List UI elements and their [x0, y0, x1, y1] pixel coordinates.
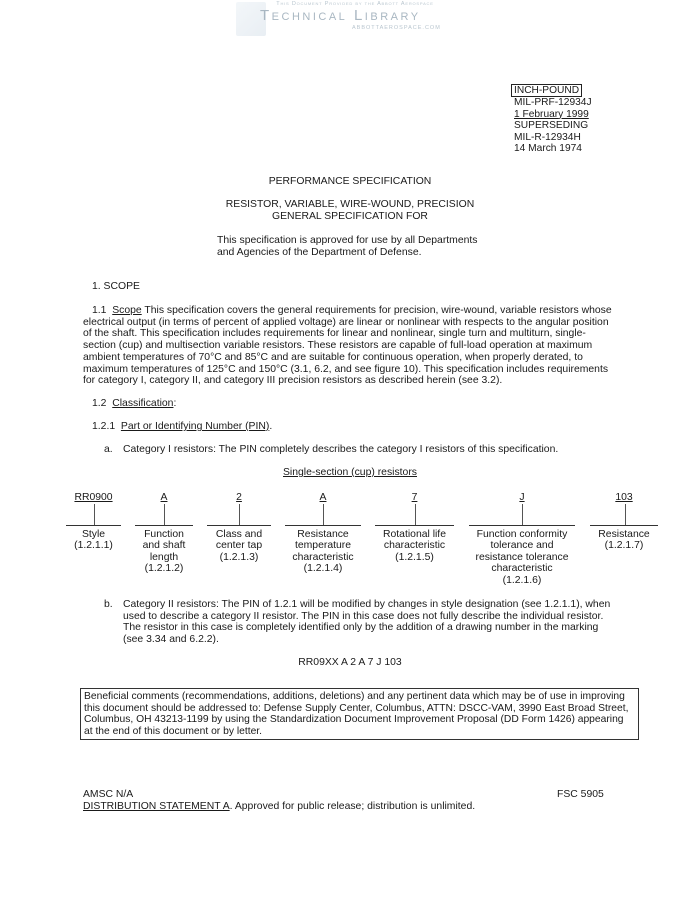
pin-suffix: .: [269, 421, 272, 432]
approval-line1: This specification is approved for use b…: [217, 235, 477, 247]
section-heading-scope: 1. SCOPE: [92, 281, 140, 292]
pin-field-code: 103: [590, 492, 658, 503]
scope-line: maximum temperatures of 125°C and 150°C …: [83, 364, 623, 376]
watermark-url: ABBOTTAEROSPACE.COM: [352, 25, 441, 31]
watermark: This Document Provided by the Abbott Aer…: [232, 0, 482, 38]
pin-field-description-line: Resistance: [570, 529, 678, 540]
classification-number: 1.2: [92, 398, 106, 409]
pin-field-description-line: (1.2.1.4): [265, 563, 381, 574]
watermark-title: Technical Library: [260, 7, 421, 24]
pin-field: AResistancetemperaturecharacteristic(1.2…: [285, 492, 361, 592]
spec-type: PERFORMANCE SPECIFICATION: [0, 176, 700, 187]
scope-text-first: This specification covers the general re…: [142, 305, 612, 316]
pin-field-code: 2: [207, 492, 271, 503]
pin-field-description-line: characteristic: [449, 563, 595, 574]
pin-field-connector: [94, 504, 95, 525]
comments-line: Columbus, OH 43213-1199 by using the Sta…: [84, 714, 635, 726]
fsc-label: FSC 5905: [557, 789, 604, 800]
pin-field-code: J: [469, 492, 575, 503]
pin-field-rule: [135, 525, 193, 526]
document-header: INCH-POUND MIL-PRF-12934J 1 February 199…: [514, 84, 592, 155]
scope-number: 1.1: [92, 305, 106, 316]
pin-field-code: 7: [375, 492, 454, 503]
scope-paragraph: 1.1 Scope This specification covers the …: [83, 305, 623, 387]
category-2-example-pin: RR09XX A 2 A 7 J 103: [0, 657, 700, 668]
pin-field-description-line: resistance tolerance: [449, 552, 595, 563]
pin-field: JFunction conformitytolerance andresista…: [469, 492, 575, 592]
pin-field-connector: [625, 504, 626, 525]
pin-field-rule: [66, 525, 121, 526]
category-2-marker: b.: [104, 599, 113, 610]
pin-field-rule: [285, 525, 361, 526]
classification-suffix: :: [173, 398, 176, 409]
category-2-line: (see 3.34 and 6.2.2).: [123, 634, 610, 646]
pin-field-rule: [469, 525, 575, 526]
pin-field-connector: [522, 504, 523, 525]
spec-title-line1: RESISTOR, VARIABLE, WIRE-WOUND, PRECISIO…: [0, 199, 700, 210]
category-2-text: Category II resistors: The PIN of 1.2.1 …: [123, 599, 610, 646]
spec-title-line2: GENERAL SPECIFICATION FOR: [0, 211, 700, 222]
pin-field-code: RR0900: [66, 492, 121, 503]
approval-statement: This specification is approved for use b…: [217, 235, 477, 258]
classification-title: Classification: [112, 398, 173, 409]
pin-field-connector: [415, 504, 416, 525]
comments-box: Beneficial comments (recommendations, ad…: [80, 688, 639, 740]
pin-field-description-line: (1.2.1.2): [115, 563, 213, 574]
pin-field-connector: [323, 504, 324, 525]
scope-line: of the shaft. This specification include…: [83, 328, 623, 340]
scope-line: ambient temperatures of 70°C and 85°C an…: [83, 352, 623, 364]
comments-line: Beneficial comments (recommendations, ad…: [84, 691, 635, 703]
pin-field-rule: [207, 525, 271, 526]
pin-field-code: A: [285, 492, 361, 503]
category-2-line: used to describe a category II resistor.…: [123, 611, 610, 623]
scope-title: Scope: [112, 305, 141, 316]
pin-field-rule: [375, 525, 454, 526]
pin-heading: 1.2.1 Part or Identifying Number (PIN).: [92, 421, 272, 432]
pin-field: AFunctionand shaftlength(1.2.1.2): [135, 492, 193, 592]
category-2-line: Category II resistors: The PIN of 1.2.1 …: [123, 599, 610, 611]
comments-line: this document should be addressed to: De…: [84, 703, 635, 715]
pin-field: RR0900Style(1.2.1.1): [66, 492, 121, 592]
distribution-statement: DISTRIBUTION STATEMENT A. Approved for p…: [83, 801, 475, 812]
comments-line: at the end of this document or by letter…: [84, 726, 635, 738]
scope-line: section (cup) and multisection variable …: [83, 340, 623, 352]
superseding-label: SUPERSEDING: [514, 120, 592, 132]
doc-date: 1 February 1999: [514, 109, 592, 121]
pin-field: 103Resistance(1.2.1.7): [590, 492, 658, 592]
pin-title: Part or Identifying Number (PIN): [121, 421, 269, 432]
category-2-line: The resistor in this case is completely …: [123, 622, 610, 634]
pin-number: 1.2.1: [92, 421, 115, 432]
distribution-text: . Approved for public release; distribut…: [230, 801, 475, 812]
pin-field-connector: [239, 504, 240, 525]
pin-field-connector: [164, 504, 165, 525]
category-1-text: Category I resistors: The PIN completely…: [123, 444, 558, 455]
doc-number: MIL-PRF-12934J: [514, 97, 592, 109]
distribution-label: DISTRIBUTION STATEMENT A: [83, 801, 230, 812]
scope-line: electrical output (in terms of percent o…: [83, 317, 623, 329]
superseded-date: 14 March 1974: [514, 143, 592, 155]
classification-heading: 1.2 Classification:: [92, 398, 176, 409]
approval-line2: and Agencies of the Department of Defens…: [217, 247, 477, 259]
scope-line: for category I, category II, and categor…: [83, 375, 623, 387]
superseded-doc: MIL-R-12934H: [514, 132, 592, 144]
pin-diagram-title: Single-section (cup) resistors: [0, 467, 700, 478]
amsc-label: AMSC N/A: [83, 789, 133, 800]
inch-pound-badge: INCH-POUND: [511, 84, 582, 97]
pin-field-description-line: (1.2.1.6): [449, 575, 595, 586]
pin-field-description: Resistance(1.2.1.7): [570, 529, 678, 552]
pin-field-description-line: (1.2.1.7): [570, 540, 678, 551]
pin-field-rule: [590, 525, 658, 526]
pin-field: 2Class andcenter tap(1.2.1.3): [207, 492, 271, 592]
pin-field-code: A: [135, 492, 193, 503]
category-1-marker: a.: [104, 444, 113, 455]
pin-field: 7Rotational lifecharacteristic(1.2.1.5): [375, 492, 454, 592]
